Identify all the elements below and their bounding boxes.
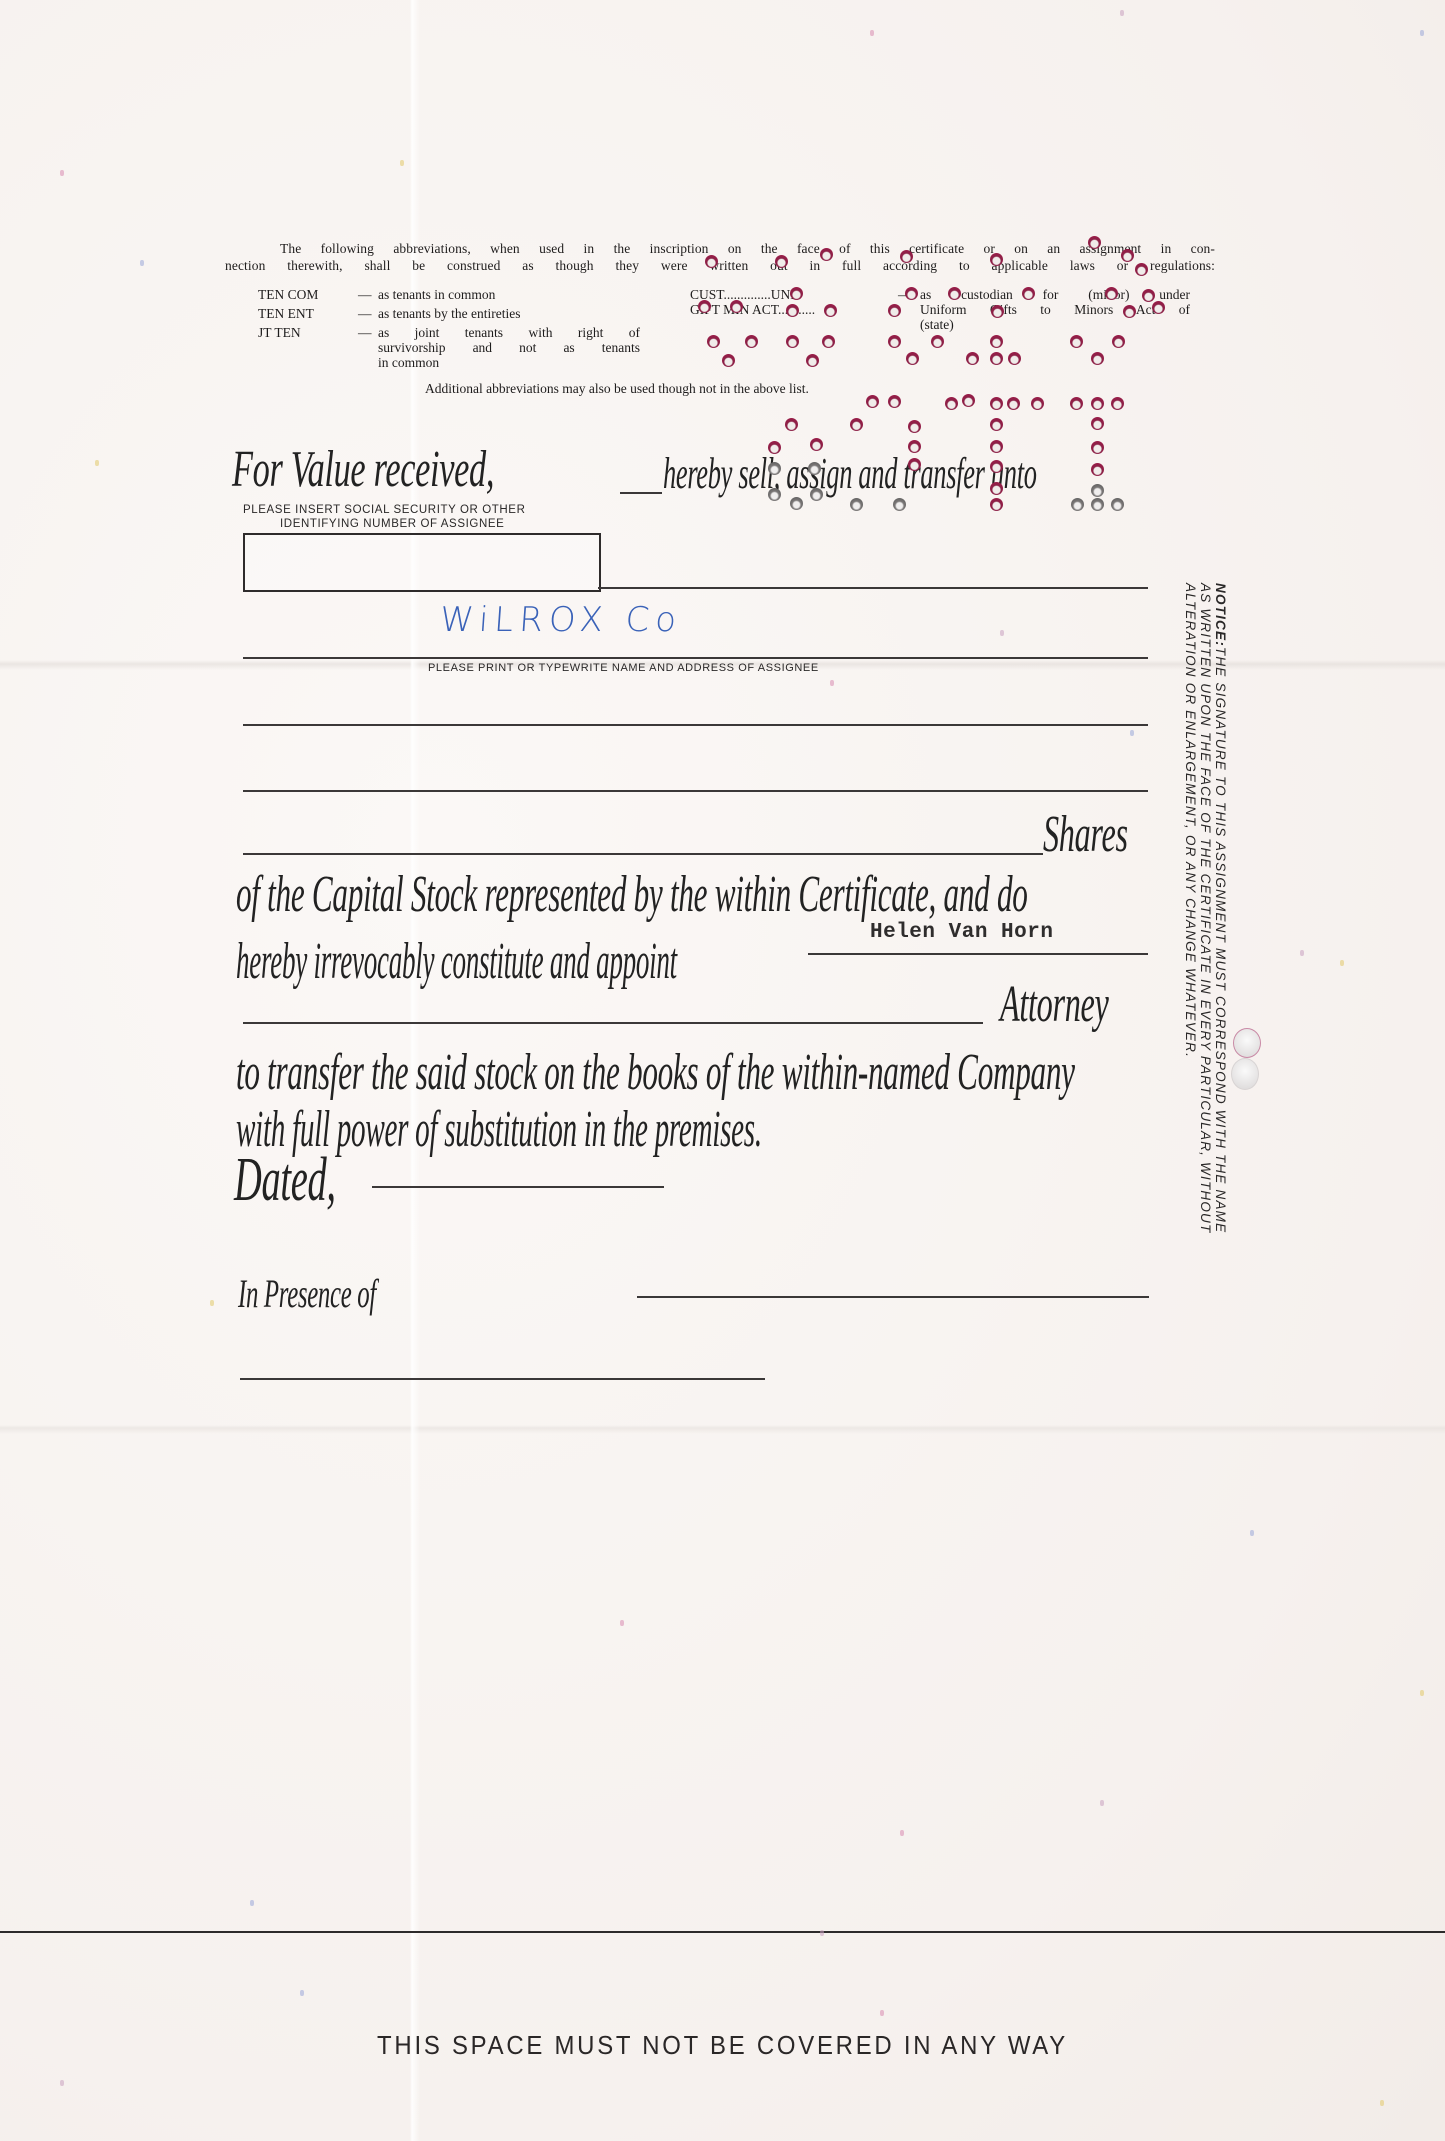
perforation-hole	[931, 335, 944, 348]
perforation-hole	[1070, 335, 1083, 348]
perforation-hole	[786, 304, 799, 317]
perforation-hole	[906, 352, 919, 365]
paper-speck	[870, 30, 874, 36]
in-presence-of-label: In Presence of	[238, 1270, 376, 1317]
paper-speck	[140, 260, 144, 266]
perforation-hole	[1007, 397, 1020, 410]
perforation-hole	[991, 305, 1004, 318]
abbreviations-intro-line-1: The following abbreviations, when used i…	[225, 240, 1215, 257]
attorney-field-rule	[243, 1022, 983, 1024]
do-not-cover-notice: THIS SPACE MUST NOT BE COVERED IN ANY WA…	[58, 2030, 1387, 2061]
perforation-hole	[1070, 397, 1083, 410]
dated-label: Dated,	[234, 1145, 336, 1216]
abbreviation-dash: —	[358, 287, 378, 302]
perforation-hole	[866, 395, 879, 408]
notice-line-2: AS WRITTEN UPON THE FACE OF THE CERTIFIC…	[1198, 583, 1213, 1338]
paper-speck	[1420, 1690, 1424, 1696]
perforation-hole	[990, 418, 1003, 431]
perforation-hole	[908, 440, 921, 453]
perforation-hole	[707, 335, 720, 348]
paper-speck	[210, 1300, 214, 1306]
shares-label: Shares	[1043, 805, 1128, 864]
perforation-hole	[1091, 498, 1104, 511]
perforation-hole	[990, 482, 1003, 495]
paper-speck	[1250, 1530, 1254, 1536]
paper-speck	[1420, 30, 1424, 36]
ssn-input-box[interactable]	[243, 533, 601, 592]
abbreviation-desc-line: survivorship and not as tenants	[378, 340, 640, 355]
perforation-hole	[888, 395, 901, 408]
perforation-hole	[1091, 463, 1104, 476]
perforation-hole	[1142, 289, 1155, 302]
perforation-hole	[775, 255, 788, 268]
perforation-hole	[730, 300, 743, 313]
paper-speck	[60, 170, 64, 176]
perforation-hole	[905, 287, 918, 300]
abbreviation-desc-line: (state)	[920, 317, 1190, 332]
perforation-hole	[1091, 417, 1104, 430]
paper-speck	[1120, 10, 1124, 16]
perforation-hole	[820, 248, 833, 261]
perforation-hole	[962, 394, 975, 407]
attorney-label: Attorney	[1000, 975, 1109, 1034]
abbreviations-footer: Additional abbreviations may also be use…	[425, 381, 809, 397]
notice-prefix: NOTICE:	[1213, 583, 1228, 647]
perforation-hole	[850, 498, 863, 511]
paper-speck	[620, 1620, 624, 1626]
abbreviation-desc: as tenants by the entireties	[378, 306, 648, 321]
abbreviation-desc: as joint tenants with right of survivors…	[378, 325, 640, 370]
constitute-line: hereby irrevocably constitute and appoin…	[236, 932, 677, 991]
notice-line-1-text: THE SIGNATURE TO THIS ASSIGNMENT MUST CO…	[1213, 647, 1228, 1233]
perforation-hole	[1135, 263, 1148, 276]
perforation-hole	[705, 255, 718, 268]
abbreviation-code: JT TEN	[258, 325, 358, 370]
perforation-hole	[1152, 301, 1165, 314]
perforation-hole	[1008, 352, 1021, 365]
signature-notice: NOTICE:THE SIGNATURE TO THIS ASSIGNMENT …	[1183, 583, 1228, 1338]
punch-hole	[1231, 1058, 1259, 1090]
paper-speck	[300, 1990, 304, 1996]
perforation-hole	[1111, 498, 1124, 511]
paper-speck	[1300, 950, 1304, 956]
perforation-hole	[990, 498, 1003, 511]
paper-speck	[1000, 630, 1004, 636]
perforation-hole	[1105, 287, 1118, 300]
perforation-hole	[806, 354, 819, 367]
footer-divider	[0, 1931, 1445, 1933]
abbreviation-code: TEN COM	[258, 287, 358, 302]
perforation-hole	[1091, 441, 1104, 454]
paper-speck	[900, 1830, 904, 1836]
abbreviation-desc-line: as joint tenants with right of	[378, 325, 640, 340]
paper-speck	[400, 160, 404, 166]
abbreviation-desc: as tenants in common	[378, 287, 648, 302]
ssn-label-line-2: IDENTIFYING NUMBER OF ASSIGNEE	[280, 518, 504, 530]
notice-line-1: NOTICE:THE SIGNATURE TO THIS ASSIGNMENT …	[1213, 583, 1228, 1338]
paper-speck	[1380, 2100, 1384, 2106]
perforation-hole	[948, 287, 961, 300]
abbreviation-row: JT TEN — as joint tenants with right of …	[258, 325, 640, 370]
punch-hole	[1233, 1028, 1261, 1058]
perforation-hole	[768, 488, 781, 501]
perforation-hole	[908, 458, 921, 471]
perforation-hole	[1091, 397, 1104, 410]
for-value-rule	[620, 492, 662, 494]
paper-speck	[880, 2010, 884, 2016]
ssn-label-line-1: PLEASE INSERT SOCIAL SECURITY OR OTHER	[243, 504, 525, 516]
shares-count-field[interactable]	[243, 853, 1043, 855]
perforation-hole	[1031, 397, 1044, 410]
perforation-hole	[698, 300, 711, 313]
perforation-hole	[745, 335, 758, 348]
abbreviation-desc-line: in common	[378, 355, 640, 370]
perforation-hole	[1071, 498, 1084, 511]
for-value-received: For Value received,	[232, 440, 494, 499]
perforation-hole	[786, 335, 799, 348]
perforation-hole	[990, 335, 1003, 348]
notice-line-3: ALTERATION OR ENLARGEMENT, OR ANY CHANGE…	[1183, 583, 1198, 1338]
perforation-hole	[1091, 484, 1104, 497]
perforation-hole	[888, 335, 901, 348]
perforation-hole	[990, 352, 1003, 365]
perforation-hole	[990, 253, 1003, 266]
perforation-hole	[822, 335, 835, 348]
perforation-hole	[990, 397, 1003, 410]
witness-signature-field[interactable]	[240, 1378, 765, 1380]
abbreviation-code: TEN ENT	[258, 306, 358, 321]
assignee-handwritten-name[interactable]: WiLROX Co	[439, 600, 684, 640]
perforation-hole	[1091, 352, 1104, 365]
paper-speck	[95, 460, 99, 466]
perforation-hole	[908, 420, 921, 433]
abbreviation-dash: —	[358, 325, 378, 370]
perforation-hole	[808, 462, 821, 475]
paper-speck	[1340, 960, 1344, 966]
abbreviation-row: TEN COM — as tenants in common	[258, 287, 648, 302]
paper-speck	[1130, 730, 1134, 736]
perforation-hole	[893, 498, 906, 511]
perforation-hole	[966, 352, 979, 365]
assignee-label: PLEASE PRINT OR TYPEWRITE NAME AND ADDRE…	[428, 662, 819, 674]
perforation-hole	[810, 438, 823, 451]
abbreviation-desc-line: Uniform Gifts to Minors Act of	[920, 302, 1190, 317]
assignee-rule-4	[243, 790, 1148, 792]
paper-speck	[820, 1930, 824, 1936]
capital-stock-line: of the Capital Stock represented by the …	[236, 865, 1028, 924]
paper-speck	[250, 1900, 254, 1906]
abbreviation-row: TEN ENT — as tenants by the entireties	[258, 306, 648, 321]
abbreviation-dash: —	[358, 306, 378, 321]
attorney-name-rule	[808, 953, 1148, 955]
perforation-hole	[1088, 236, 1101, 249]
perforation-hole	[945, 397, 958, 410]
perforation-hole	[768, 441, 781, 454]
perforation-hole	[1111, 397, 1124, 410]
signature-field[interactable]	[637, 1296, 1149, 1298]
assignee-rule-3	[243, 724, 1148, 726]
perforation-hole	[888, 304, 901, 317]
paper-speck	[830, 680, 834, 686]
attorney-name[interactable]: Helen Van Horn	[870, 921, 1053, 944]
perforation-hole	[1022, 287, 1035, 300]
perforation-hole	[1121, 249, 1134, 262]
perforation-hole	[850, 418, 863, 431]
dated-field[interactable]	[372, 1186, 664, 1188]
perforation-hole	[810, 488, 823, 501]
perforation-hole	[790, 287, 803, 300]
abbreviations-intro-line-2: nection therewith, shall be construed as…	[225, 257, 1215, 274]
paper-speck	[1100, 1800, 1104, 1806]
assignee-rule-2	[243, 657, 1148, 659]
perforation-hole	[1123, 305, 1136, 318]
paper-speck	[60, 2080, 64, 2086]
perforation-hole	[824, 304, 837, 317]
perforation-hole	[990, 460, 1003, 473]
assignee-rule-1	[598, 587, 1148, 589]
perforation-hole	[768, 462, 781, 475]
perforation-hole	[990, 440, 1003, 453]
perforation-hole	[900, 250, 913, 263]
transfer-line: to transfer the said stock on the books …	[236, 1043, 1075, 1102]
abbreviations-intro: The following abbreviations, when used i…	[225, 240, 1215, 274]
perforation-hole	[790, 497, 803, 510]
hereby-sell-text: hereby sell, assign and transfer unto	[663, 448, 1037, 499]
perforation-hole	[722, 354, 735, 367]
perforation-hole	[785, 418, 798, 431]
perforation-hole	[1112, 335, 1125, 348]
